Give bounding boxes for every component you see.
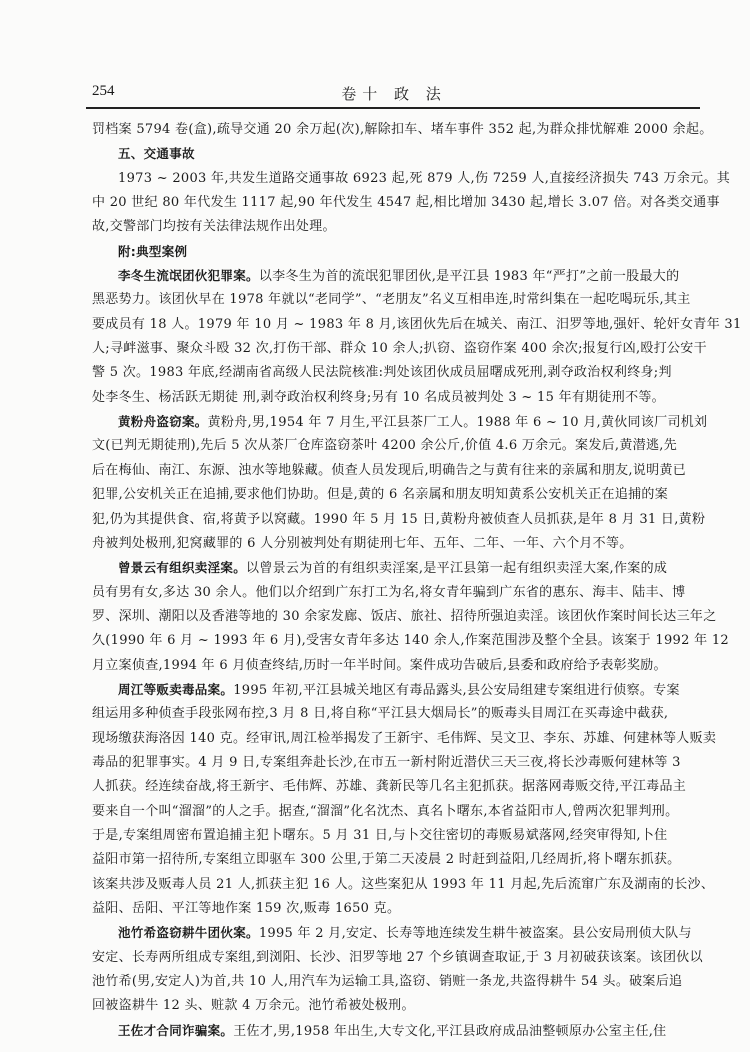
line-text: 1995 年初,平江县城关地区有毒品露头,县公安局组建专案组进行侦察。专案 — [233, 683, 680, 698]
text-line: 组运用多种侦查手段张网布控,3 月 8 日,将自称“平江县大烟局长”的贩毒头目周… — [92, 702, 696, 726]
line-text: 池竹希(男,安定人)为首,共 10 人,用汽车为运输工具,盗窃、销赃一条龙,共盗… — [92, 974, 682, 989]
line-text: 后在梅仙、南江、东源、浊水等地躲藏。侦查人员发现后,明确告之与黄有往来的亲属和朋… — [92, 463, 686, 478]
line-text: 1995 年 2 月,安定、长寿等地连续发生耕牛被盗案。县公安局刑侦大队与 — [259, 926, 692, 941]
text-line: 周江等贩卖毒品案。1995 年初,平江县城关地区有毒品露头,县公安局组建专案组进… — [92, 678, 696, 702]
line-text: 要成员有 18 人。1979 年 10 月 ~ 1983 年 8 月,该团伙先后… — [92, 317, 742, 332]
text-line: 罚档案 5794 卷(盒),疏导交通 20 余万起(次),解除扣车、堵车事件 3… — [92, 118, 696, 142]
text-line: 益阳市第一招待所,专案组立即驱车 300 公里,于第二天凌晨 2 时赶到益阳,几… — [92, 848, 696, 872]
text-line: 要成员有 18 人。1979 年 10 月 ~ 1983 年 8 月,该团伙先后… — [92, 313, 696, 337]
line-text: 故,交警部门均按有关法律法规作出处理。 — [92, 219, 336, 234]
case-title: 李冬生流氓团伙犯罪案。 — [118, 268, 259, 283]
line-text: 毒品的犯罪事实。4 月 9 日,专案组奔赴长沙,在市五一新村附近潜伏三天三夜,将… — [92, 755, 681, 770]
line-text: 益阳市第一招待所,专案组立即驱车 300 公里,于第二天凌晨 2 时赶到益阳,几… — [92, 852, 680, 867]
text-line: 后在梅仙、南江、东源、浊水等地躲藏。侦查人员发现后,明确告之与黄有往来的亲属和朋… — [92, 459, 696, 483]
text-line: 故,交警部门均按有关法律法规作出处理。 — [92, 215, 696, 239]
header-rule — [86, 107, 700, 109]
heading-text: 五、交通事故 — [118, 146, 195, 161]
case-title: 黄粉舟盗窃案。 — [118, 414, 208, 429]
line-text: 黄粉舟,男,1954 年 7 月生,平江县茶厂工人。1988 年 6 ~ 10 … — [208, 415, 708, 430]
text-line: 处李冬生、杨活跃无期徒 刑,剥夺政治权利终身;另有 10 名成员被判处 3 ~ … — [92, 386, 696, 410]
text-line: 黑恶势力。该团伙早在 1978 年就以“老同学”、“老朋友”名义互相串连,时常纠… — [92, 288, 696, 312]
text-line: 李冬生流氓团伙犯罪案。以李冬生为首的流氓犯罪团伙,是平江县 1983 年“严打”… — [92, 264, 696, 288]
line-text: 回被盗耕牛 12 头、赃款 4 万余元。池竹希被处极刑。 — [92, 998, 415, 1013]
text-line: 人抓获。经连续奋战,将王新宇、毛伟辉、苏雄、龚新民等几名主犯抓获。据落网毒贩交待… — [92, 775, 696, 799]
line-text: 员有男有女,多达 30 余人。他们以介绍到广东打工为名,将女青年骗到广东省的惠东… — [92, 585, 685, 600]
text-line: 曾景云有组织卖淫案。以曾景云为首的有组织卖淫案,是平江县第一起有组织卖淫大案,作… — [92, 556, 696, 580]
line-text: 文(已判无期徒刑),先后 5 次从茶厂仓库盗窃茶叶 4200 余公斤,价值 4.… — [92, 438, 677, 453]
text-line: 警 5 次。1983 年底,经湖南省高级人民法院核准:判处该团伙成员屈曙成死刑,… — [92, 361, 696, 385]
running-title: 卷十 政 法 — [92, 83, 696, 104]
text-line: 舟被判处极刑,犯窝藏罪的 6 人分别被判处有期徒刑七年、五年、二年、一年、六个月… — [92, 532, 696, 556]
text-line: 毒品的犯罪事实。4 月 9 日,专案组奔赴长沙,在市五一新村附近潜伏三天三夜,将… — [92, 751, 696, 775]
line-text: 月立案侦查,1994 年 6 月侦查终结,历时一年半时间。案件成功告破后,县委和… — [92, 658, 667, 673]
line-text: 以曾景云为首的有组织卖淫案,是平江县第一起有组织卖淫大案,作案的成 — [246, 561, 667, 576]
line-text: 要来自一个叫“溜溜”的人之手。据查,“溜溜”化名沈杰、真名卜曙东,本省益阳市人,… — [92, 804, 678, 819]
text-line: 月立案侦查,1994 年 6 月侦查终结,历时一年半时间。案件成功告破后,县委和… — [92, 654, 696, 678]
line-text: 人抓获。经连续奋战,将王新宇、毛伟辉、苏雄、龚新民等几名主犯抓获。据落网毒贩交待… — [92, 779, 686, 794]
text-line: 该案共涉及贩毒人员 21 人,抓获主犯 16 人。这些案犯从 1993 年 11… — [92, 873, 696, 897]
case-title: 周江等贩卖毒品案。 — [118, 682, 233, 697]
line-text: 人;寻衅滋事、聚众斗殴 32 次,打伤干部、群众 10 余人;扒窃、盗窃作案 4… — [92, 341, 707, 356]
section-heading: 附:典型案例 — [92, 240, 696, 264]
line-text: 舟被判处极刑,犯窝藏罪的 6 人分别被判处有期徒刑七年、五年、二年、一年、六个月… — [92, 536, 633, 551]
body-text: 罚档案 5794 卷(盒),疏导交通 20 余万起(次),解除扣车、堵车事件 3… — [92, 118, 696, 1043]
line-text: 罗、深圳、潮阳以及香港等地的 30 余家发廊、饭店、旅社、招待所强迫卖淫。该团伙… — [92, 609, 717, 624]
section-heading: 五、交通事故 — [92, 142, 696, 166]
text-line: 人;寻衅滋事、聚众斗殴 32 次,打伤干部、群众 10 余人;扒窃、盗窃作案 4… — [92, 337, 696, 361]
text-line: 黄粉舟盗窃案。黄粉舟,男,1954 年 7 月生,平江县茶厂工人。1988 年 … — [92, 410, 696, 434]
case-title: 池竹希盗窃耕牛团伙案。 — [118, 925, 259, 940]
text-line: 池竹希盗窃耕牛团伙案。1995 年 2 月,安定、长寿等地连续发生耕牛被盗案。县… — [92, 921, 696, 945]
line-text: 组运用多种侦查手段张网布控,3 月 8 日,将自称“平江县大烟局长”的贩毒头目周… — [92, 706, 668, 721]
text-line: 员有男有女,多达 30 余人。他们以介绍到广东打工为名,将女青年骗到广东省的惠东… — [92, 581, 696, 605]
text-line: 久(1990 年 6 月 ~ 1993 年 6 月),受害女青年多达 140 余… — [92, 629, 696, 653]
text-line: 文(已判无期徒刑),先后 5 次从茶厂仓库盗窃茶叶 4200 余公斤,价值 4.… — [92, 434, 696, 458]
text-line: 要来自一个叫“溜溜”的人之手。据查,“溜溜”化名沈杰、真名卜曙东,本省益阳市人,… — [92, 800, 696, 824]
line-text: 现场缴获海洛因 140 克。经审讯,周江检举揭发了王新宇、毛伟辉、吴文卫、李东、… — [92, 731, 716, 746]
line-text: 该案共涉及贩毒人员 21 人,抓获主犯 16 人。这些案犯从 1993 年 11… — [92, 877, 714, 892]
text-line: 犯罪,公安机关正在追捕,要求他们协助。但是,黄的 6 名亲属和朋友明知黄系公安机… — [92, 483, 696, 507]
case-title: 曾景云有组织卖淫案。 — [118, 560, 246, 575]
line-text: 处李冬生、杨活跃无期徒 刑,剥夺政治权利终身;另有 10 名成员被判处 3 ~ … — [92, 390, 665, 405]
case-title: 王佐才合同诈骗案。 — [118, 1023, 233, 1038]
line-text: 久(1990 年 6 月 ~ 1993 年 6 月),受害女青年多达 140 余… — [92, 633, 729, 648]
line-text: 1973 ~ 2003 年,共发生道路交通事故 6923 起,死 879 人,伤… — [118, 171, 730, 186]
line-text: 王佐才,男,1958 年出生,大专文化,平江县政府成品油整顿原办公室主任,住 — [233, 1024, 666, 1039]
text-line: 于是,专案组周密布置追捕主犯卜曙东。5 月 31 日,与卜交往密切的毒贩易斌落网… — [92, 824, 696, 848]
line-text: 中 20 世纪 80 年代发生 1117 起,90 年代发生 4547 起,相比… — [92, 195, 720, 210]
line-text: 警 5 次。1983 年底,经湖南省高级人民法院核准:判处该团伙成员屈曙成死刑,… — [92, 365, 672, 380]
text-line: 王佐才合同诈骗案。王佐才,男,1958 年出生,大专文化,平江县政府成品油整顿原… — [92, 1019, 696, 1043]
page-header: 254 卷十 政 法 — [92, 83, 696, 105]
line-text: 安定、长寿两所组成专案组,到浏阳、长沙、汨罗等地 27 个乡镇调查取证,于 3 … — [92, 950, 703, 965]
line-text: 犯罪,公安机关正在追捕,要求他们协助。但是,黄的 6 名亲属和朋友明知黄系公安机… — [92, 487, 668, 502]
text-line: 回被盗耕牛 12 头、赃款 4 万余元。池竹希被处极刑。 — [92, 994, 696, 1018]
line-text: 益阳、岳阳、平江等地作案 159 次,贩毒 1650 克。 — [92, 901, 400, 916]
text-line: 安定、长寿两所组成专案组,到浏阳、长沙、汨罗等地 27 个乡镇调查取证,于 3 … — [92, 946, 696, 970]
line-text: 黑恶势力。该团伙早在 1978 年就以“老同学”、“老朋友”名义互相串连,时常纠… — [92, 292, 691, 307]
text-line: 中 20 世纪 80 年代发生 1117 起,90 年代发生 4547 起,相比… — [92, 191, 696, 215]
text-line: 犯,仍为其提供食、宿,将黄予以窝藏。1990 年 5 月 15 日,黄粉舟被侦查… — [92, 508, 696, 532]
text-line: 池竹希(男,安定人)为首,共 10 人,用汽车为运输工具,盗窃、销赃一条龙,共盗… — [92, 970, 696, 994]
line-text: 犯,仍为其提供食、宿,将黄予以窝藏。1990 年 5 月 15 日,黄粉舟被侦查… — [92, 512, 705, 527]
line-text: 以李冬生为首的流氓犯罪团伙,是平江县 1983 年“严打”之前一股最大的 — [259, 269, 680, 284]
line-text: 于是,专案组周密布置追捕主犯卜曙东。5 月 31 日,与卜交往密切的毒贩易斌落网… — [92, 828, 667, 843]
text-line: 罗、深圳、潮阳以及香港等地的 30 余家发廊、饭店、旅社、招待所强迫卖淫。该团伙… — [92, 605, 696, 629]
text-line: 益阳、岳阳、平江等地作案 159 次,贩毒 1650 克。 — [92, 897, 696, 921]
text-line: 现场缴获海洛因 140 克。经审讯,周江检举揭发了王新宇、毛伟辉、吴文卫、李东、… — [92, 727, 696, 751]
text-line: 1973 ~ 2003 年,共发生道路交通事故 6923 起,死 879 人,伤… — [92, 167, 696, 191]
heading-text: 附:典型案例 — [118, 244, 187, 259]
line-text: 罚档案 5794 卷(盒),疏导交通 20 余万起(次),解除扣车、堵车事件 3… — [92, 122, 713, 137]
